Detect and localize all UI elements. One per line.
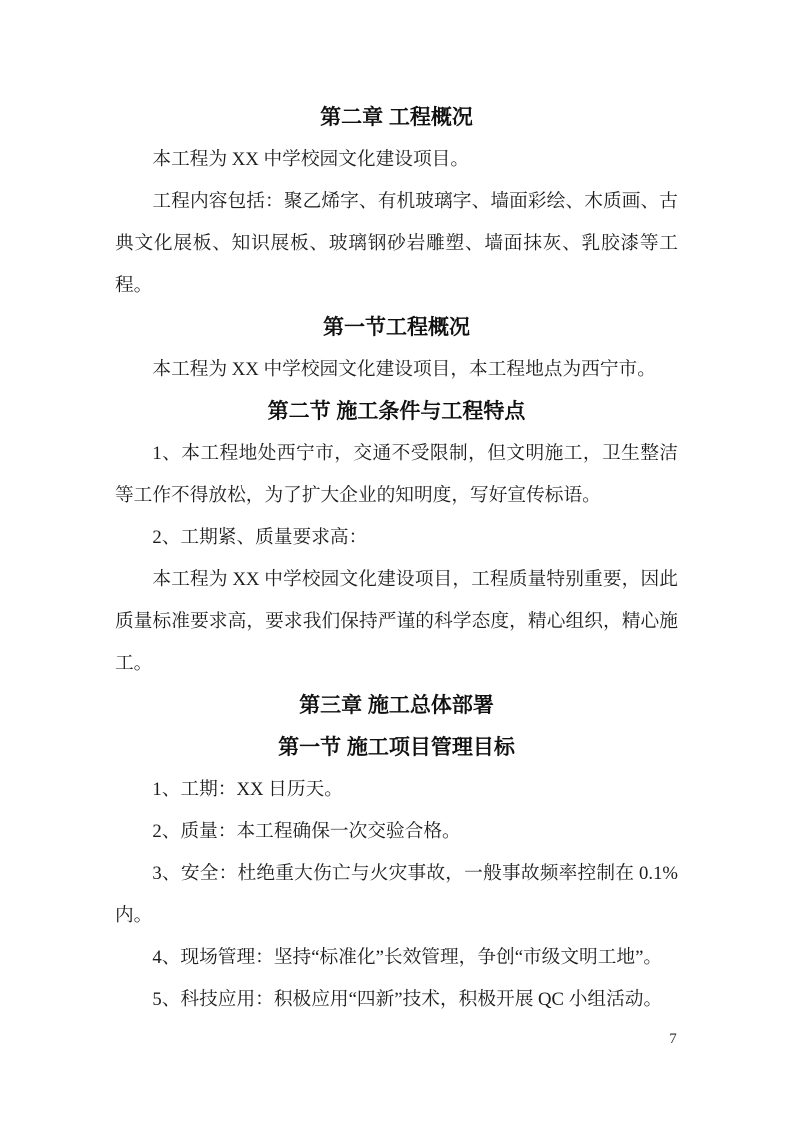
goal-safety-paragraph: 3、安全：杜绝重大伤亡与火灾事故，一般事故频率控制在 0.1%内。 bbox=[115, 853, 678, 937]
document-page: 第二章 工程概况 本工程为 XX 中学校园文化建设项目。 工程内容包括：聚乙烯字… bbox=[0, 0, 793, 1122]
project-intro-paragraph: 本工程为 XX 中学校园文化建设项目。 bbox=[115, 139, 678, 181]
chapter-3-section-1-heading: 第一节 施工项目管理目标 bbox=[115, 727, 678, 769]
chapter-3-heading: 第三章 施工总体部署 bbox=[115, 685, 678, 727]
page-number: 7 bbox=[663, 1028, 683, 1050]
project-scope-paragraph: 工程内容包括：聚乙烯字、有机玻璃字、墙面彩绘、木质画、古典文化展板、知识展板、玻… bbox=[115, 181, 678, 307]
feature-item-1-paragraph: 1、本工程地处西宁市，交通不受限制，但文明施工，卫生整洁等工作不得放松，为了扩大… bbox=[115, 433, 678, 517]
goal-technology-paragraph: 5、科技应用：积极应用“四新”技术，积极开展 QC 小组活动。 bbox=[115, 979, 678, 1021]
chapter-2-section-1-heading: 第一节工程概况 bbox=[115, 307, 678, 349]
quality-requirement-paragraph: 本工程为 XX 中学校园文化建设项目，工程质量特别重要，因此质量标准要求高，要求… bbox=[115, 559, 678, 685]
feature-item-2-paragraph: 2、工期紧、质量要求高： bbox=[115, 517, 678, 559]
document-content: 第二章 工程概况 本工程为 XX 中学校园文化建设项目。 工程内容包括：聚乙烯字… bbox=[115, 97, 678, 1021]
chapter-2-heading: 第二章 工程概况 bbox=[115, 97, 678, 139]
project-location-paragraph: 本工程为 XX 中学校园文化建设项目，本工程地点为西宁市。 bbox=[115, 349, 678, 391]
goal-site-management-paragraph: 4、现场管理：坚持“标准化”长效管理，争创“市级文明工地”。 bbox=[115, 937, 678, 979]
goal-duration-paragraph: 1、工期：XX 日历天。 bbox=[115, 769, 678, 811]
chapter-2-section-2-heading: 第二节 施工条件与工程特点 bbox=[115, 391, 678, 433]
goal-quality-paragraph: 2、质量：本工程确保一次交验合格。 bbox=[115, 811, 678, 853]
